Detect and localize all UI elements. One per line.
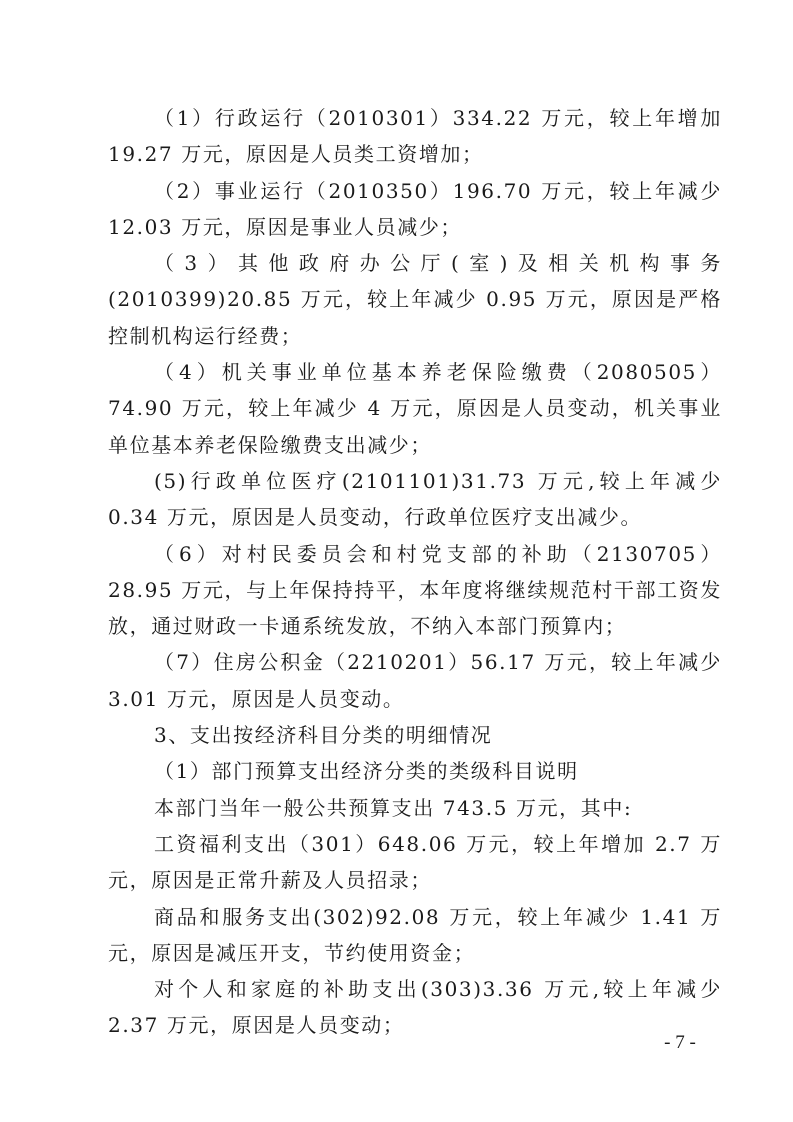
paragraph-household-subsidy: 对个人和家庭的补助支出(303)3.36 万元,较上年减少 2.37 万元，原因… [108, 971, 722, 1044]
paragraph-total-expenditure: 本部门当年一般公共预算支出 743.5 万元，其中: [108, 790, 722, 826]
subsection-heading-class-level: （1）部门预算支出经济分类的类级科目说明 [108, 753, 722, 789]
paragraph-item-6-village-subsidy: （6）对村民委员会和村党支部的补助（2130705）28.95 万元，与上年保持… [108, 536, 722, 645]
paragraph-salary-welfare: 工资福利支出（301）648.06 万元，较上年增加 2.7 万元，原因是正常升… [108, 826, 722, 899]
document-page: （1）行政运行（2010301）334.22 万元，较上年增加 19.27 万元… [0, 0, 793, 1122]
paragraph-goods-services: 商品和服务支出(302)92.08 万元，较上年减少 1.41 万元，原因是减压… [108, 899, 722, 972]
paragraph-item-5-medical: (5)行政单位医疗(2101101)31.73 万元,较上年减少 0.34 万元… [108, 463, 722, 536]
paragraph-item-2-institution-operation: （2）事业运行（2010350）196.70 万元，较上年减少 12.03 万元… [108, 173, 722, 246]
paragraph-item-3-other-office-affairs: （3）其他政府办公厅(室)及相关机构事务(2010399)20.85 万元，较上… [108, 245, 722, 354]
paragraph-item-1-admin-operation: （1）行政运行（2010301）334.22 万元，较上年增加 19.27 万元… [108, 100, 722, 173]
section-heading-economic-classification: 3、支出按经济科目分类的明细情况 [108, 717, 722, 753]
body-text: （1）行政运行（2010301）334.22 万元，较上年增加 19.27 万元… [108, 100, 722, 1044]
page-number: - 7 - [660, 1032, 700, 1054]
paragraph-item-4-pension-insurance: （4）机关事业单位基本养老保险缴费（2080505）74.90 万元，较上年减少… [108, 354, 722, 463]
paragraph-item-7-housing-fund: （7）住房公积金（2210201）56.17 万元，较上年减少 3.01 万元，… [108, 644, 722, 717]
